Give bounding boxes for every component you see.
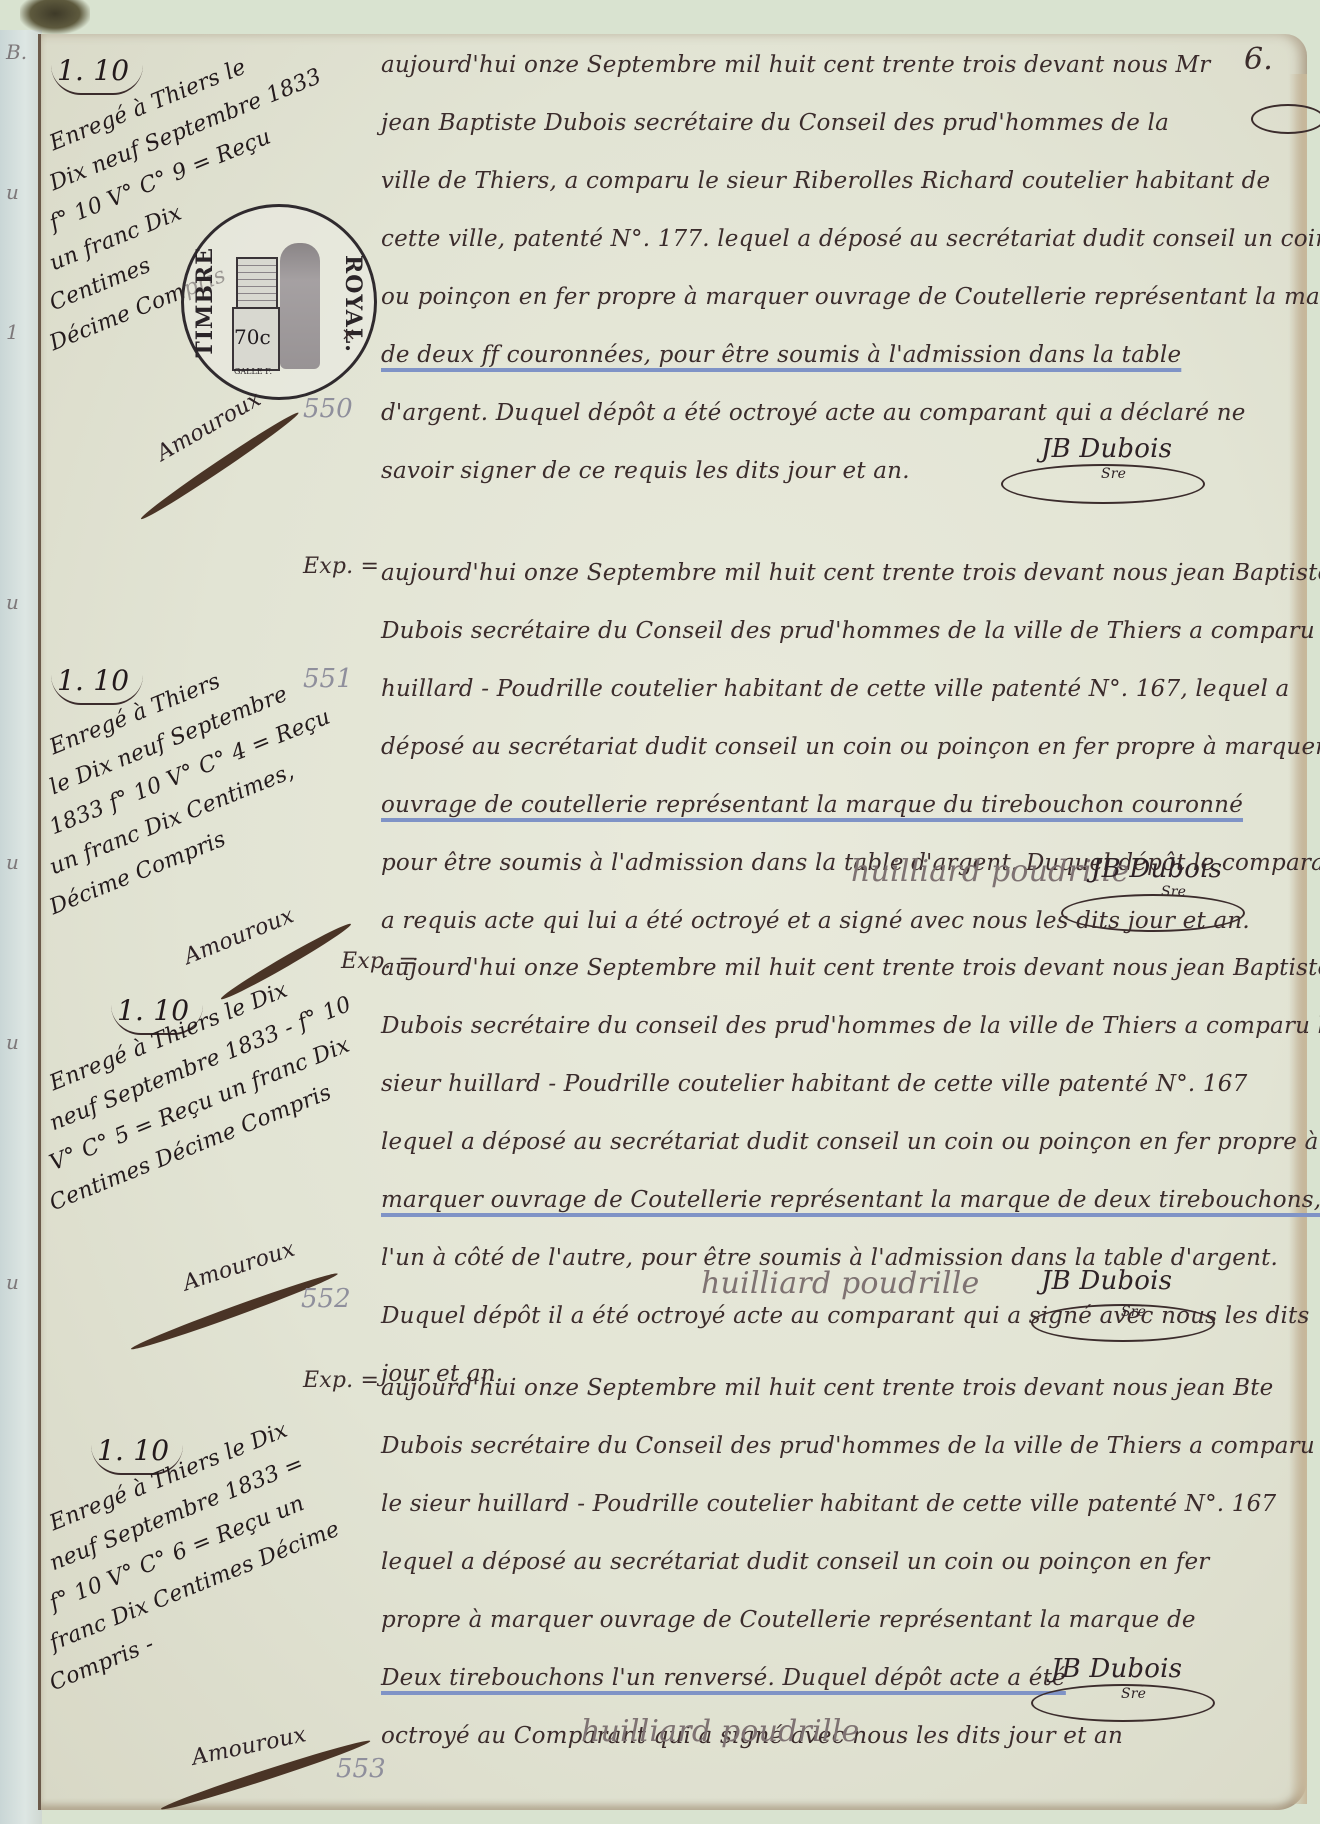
entry-line-mark: de deux ff couronnées, pour être soumis …: [381, 326, 1281, 384]
entry-line: jean Baptiste Dubois secrétaire du Conse…: [381, 94, 1281, 152]
depositor-signature: huilliard poudrille: [701, 1266, 979, 1301]
margin-registration-note: 1. 10 Enregé à Thiers le Dix neuf Septem…: [51, 1434, 351, 1705]
expedition-marker: Exp. =: [303, 554, 379, 579]
pencil-number: 551: [303, 664, 353, 694]
margin-registration-note: 1. 10 Enregé à Thiers le Dix neuf Septem…: [51, 994, 351, 1225]
pencil-number: 552: [301, 1284, 351, 1314]
entry-line: Dubois secrétaire du Conseil des prud'ho…: [381, 1417, 1281, 1475]
secretary-signature: JB Dubois: [1091, 854, 1222, 884]
register-page: 6. 1. 10 Enregé à Thiers le Dix neuf Sep…: [38, 34, 1307, 1810]
marginal-flourish: [1251, 104, 1320, 134]
fee-amount: 1. 10: [51, 54, 143, 95]
entry-line: ou poinçon en fer propre à marquer ouvra…: [381, 268, 1281, 326]
entry-line: lequel a déposé au secrétariat dudit con…: [381, 1533, 1281, 1591]
entry-line: lequel a déposé au secrétariat dudit con…: [381, 1113, 1281, 1171]
expedition-marker: Exp. =: [303, 1368, 379, 1393]
left-page-fragment: u: [6, 590, 19, 614]
receiver-signature: Amouroux: [153, 387, 266, 467]
left-page-fragment: u: [6, 1030, 19, 1054]
entry-line: huillard - Poudrille coutelier habitant …: [381, 660, 1281, 718]
left-page-fragment: u: [6, 1270, 19, 1294]
royal-tax-stamp: TIMBRE ROYAL. 70c GALLE F.: [181, 204, 377, 400]
entry-line: sieur huillard - Poudrille coutelier hab…: [381, 1055, 1281, 1113]
entry-line: le sieur huillard - Poudrille coutelier …: [381, 1475, 1281, 1533]
left-page-fragment: 1: [6, 320, 19, 344]
stamp-text-timbre: TIMBRE: [192, 247, 218, 358]
signature-flourish: [1031, 1684, 1215, 1722]
page-edge-shadow: [1289, 74, 1307, 1804]
entry-line: propre à marquer ouvrage de Coutellerie …: [381, 1591, 1281, 1649]
entry-line: ville de Thiers, a comparu le sieur Ribe…: [381, 152, 1281, 210]
signature-flourish: [1001, 464, 1205, 504]
depositor-signature: huilliard poudrille: [581, 1714, 859, 1749]
deposit-entry-1: aujourd'hui onze Septembre mil huit cent…: [381, 36, 1281, 500]
secretary-signature: JB Dubois: [1051, 1654, 1182, 1684]
left-page-fragment: u: [6, 850, 19, 874]
entry-line-mark: marquer ouvrage de Coutellerie représent…: [381, 1171, 1281, 1229]
left-page-fragment: B.: [6, 40, 27, 64]
entry-line: aujourd'hui onze Septembre mil huit cent…: [381, 36, 1281, 94]
secretary-signature: JB Dubois: [1041, 1266, 1172, 1296]
stamp-allegorical-figure-icon: [280, 243, 320, 369]
stamp-tablets-icon: [236, 257, 278, 309]
depositor-signature: huilliard poudrille: [851, 854, 1129, 889]
insertion-mark: ×: [341, 324, 356, 345]
stamp-engraver: GALLE F.: [234, 367, 272, 376]
entry-line: cette ville, patenté N°. 177. lequel a d…: [381, 210, 1281, 268]
stamp-value: 70c: [234, 325, 271, 349]
pencil-number: 553: [336, 1754, 386, 1784]
entry-line: déposé au secrétariat dudit conseil un c…: [381, 718, 1281, 776]
entry-line: Dubois secrétaire du Conseil des prud'ho…: [381, 602, 1281, 660]
signature-flourish: [1061, 894, 1245, 932]
secretary-signature: JB Dubois: [1041, 434, 1172, 464]
receiver-signature: Amouroux: [180, 1237, 298, 1297]
entry-line-mark: ouvrage de coutellerie représentant la m…: [381, 776, 1281, 834]
left-page-fragment: u: [6, 180, 19, 204]
entry-line: aujourd'hui onze Septembre mil huit cent…: [381, 1359, 1281, 1417]
entry-line: aujourd'hui onze Septembre mil huit cent…: [381, 544, 1281, 602]
entry-line: aujourd'hui onze Septembre mil huit cent…: [381, 939, 1281, 997]
entry-line: Dubois secrétaire du conseil des prud'ho…: [381, 997, 1281, 1055]
deposit-entry-2: aujourd'hui onze Septembre mil huit cent…: [381, 544, 1281, 950]
binding-thread: [20, 0, 90, 34]
signature-flourish: [1031, 1304, 1215, 1342]
margin-registration-note: 1. 10 Enregé à Thiers le Dix neuf Septem…: [51, 664, 351, 929]
pencil-number: 550: [303, 394, 353, 424]
adjacent-page-edge: B. u 1 u u u u: [0, 30, 42, 1824]
